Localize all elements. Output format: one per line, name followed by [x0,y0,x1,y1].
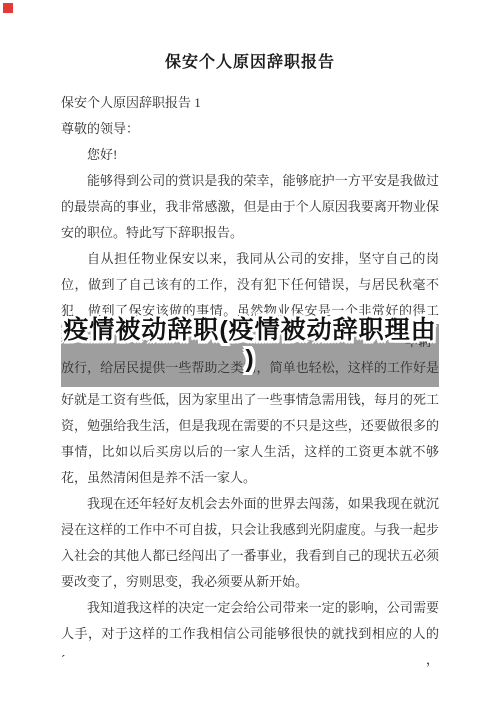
paragraph-2-part1: 自从担任物业保安以来，我同从公司的安排，坚守自己的岗位，做到了自己该有的工作，没… [61,246,439,324]
report-subtitle: 保安个人原因辞职报告 1 [61,90,439,116]
greeting-line: 您好! [61,142,439,168]
red-corner-marker [3,3,13,13]
paragraph-3: 我现在还年轻好友机会去外面的世界去闯荡，如果我现在就沉浸在这样的工作中不可自拔，… [61,491,439,595]
paragraph-2-part2: 好就是工资有些低，因为家里出了一些事情急需用钱，每月的死工资，勉强给我生活，但是… [61,387,439,491]
paragraph-4: 我知道我这样的决定一定会给公司带来一定的影响，公司需要人手，对于这样的工作我相信… [61,595,439,673]
document-page: 保安个人原因辞职报告 保安个人原因辞职报告 1 尊敬的领导： 您好! 能够得到公… [0,0,500,706]
salutation-line: 尊敬的领导： [61,116,439,142]
watermark-headline: 疫情被动辞职(疫情被动辞职理由 ) [61,316,439,374]
watermark-headline-line-1: 疫情被动辞职(疫情被动辞职理由 [61,316,439,345]
watermark-headline-line-2: ) [61,345,439,374]
paragraph-1: 能够得到公司的赏识是我的荣幸，能够庇护一方平安是我做过的最崇高的事业，我非常感激… [61,168,439,246]
page-title: 保安个人原因辞职报告 [61,52,439,74]
